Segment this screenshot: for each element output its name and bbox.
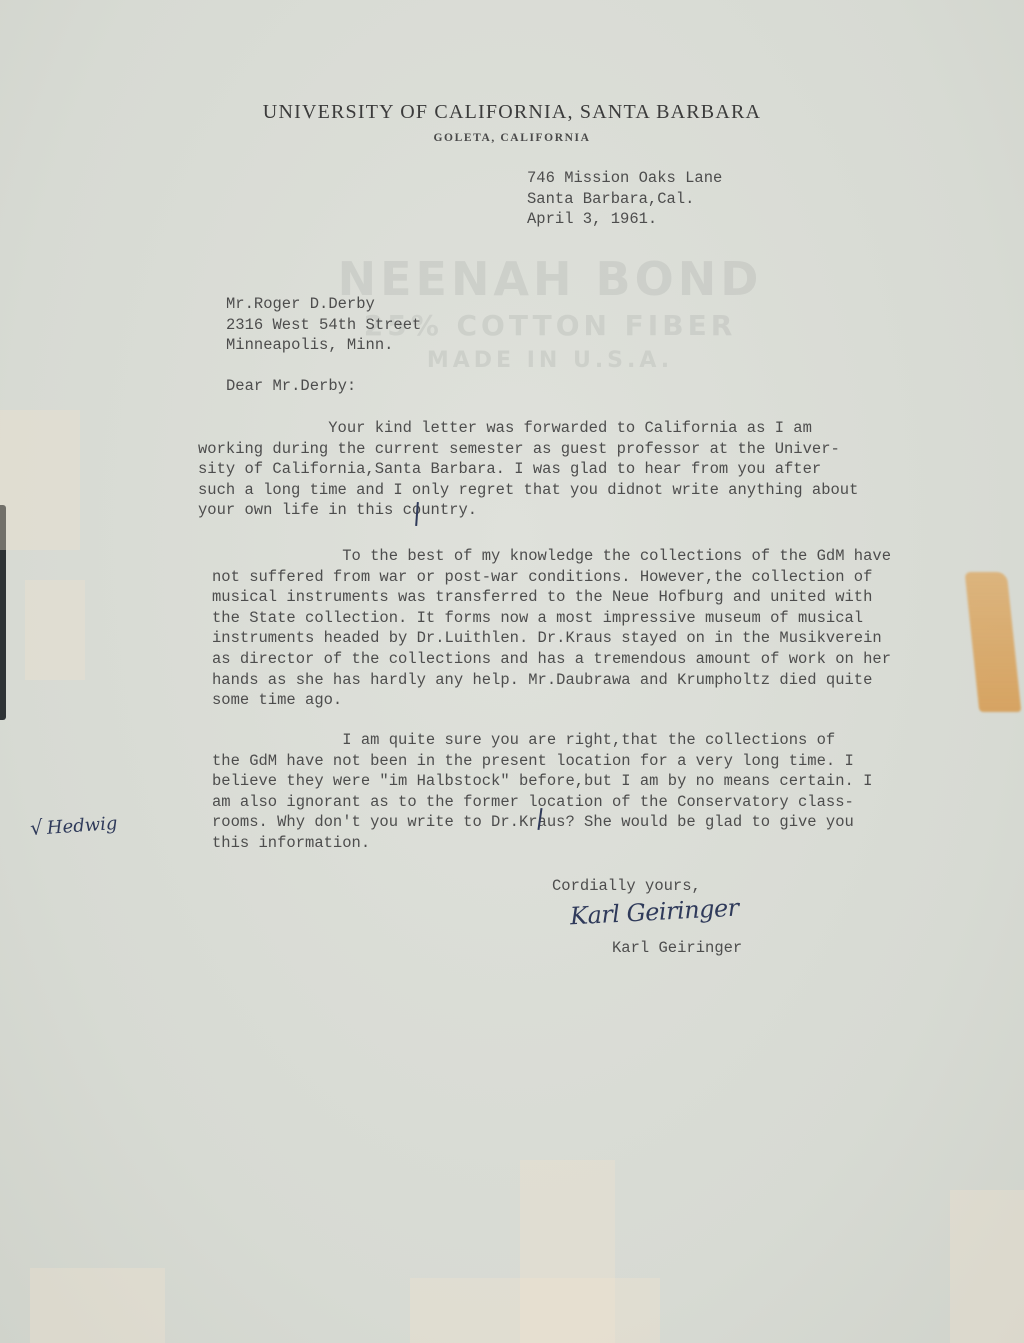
paragraph-line: the State collection. It forms now a mos… — [212, 608, 891, 629]
tape-mark — [410, 1278, 660, 1343]
body-paragraph-2: To the best of my knowledge the collecti… — [212, 546, 891, 711]
body-paragraph-3: I am quite sure you are right,that the c… — [212, 730, 872, 854]
tape-mark — [25, 580, 85, 680]
paragraph-line: To the best of my knowledge the collecti… — [212, 546, 891, 567]
paragraph-line: instruments headed by Dr.Luithlen. Dr.Kr… — [212, 628, 891, 649]
paragraph-line: such a long time and I only regret that … — [198, 480, 858, 501]
paragraph-line: hands as she has hardly any help. Mr.Dau… — [212, 670, 891, 691]
paragraph-line: I am quite sure you are right,that the c… — [212, 730, 872, 751]
recipient-name: Mr.Roger D.Derby — [226, 294, 421, 315]
letter-date: April 3, 1961. — [527, 209, 722, 230]
paragraph-line: as director of the collections and has a… — [212, 649, 891, 670]
check-mark-icon: √ — [29, 815, 43, 840]
return-city: Santa Barbara,Cal. — [527, 189, 722, 210]
letterhead: UNIVERSITY OF CALIFORNIA, SANTA BARBARA … — [0, 100, 1024, 144]
institution-location: GOLETA, CALIFORNIA — [0, 132, 1024, 144]
paragraph-line: musical instruments was transferred to t… — [212, 587, 891, 608]
paragraph-line: not suffered from war or post-war condit… — [212, 567, 891, 588]
tape-mark — [30, 1268, 165, 1343]
paragraph-line: Your kind letter was forwarded to Califo… — [198, 418, 858, 439]
typed-signature-name: Karl Geiringer — [612, 938, 742, 959]
paragraph-line: some time ago. — [212, 690, 891, 711]
paragraph-line: rooms. Why don't you write to Dr.Kraus? … — [212, 812, 872, 833]
return-address: 746 Mission Oaks LaneSanta Barbara,Cal.A… — [527, 168, 722, 230]
paragraph-line: this information. — [212, 833, 872, 854]
tape-mark — [0, 410, 80, 550]
paragraph-line: the GdM have not been in the present loc… — [212, 751, 872, 772]
return-street: 746 Mission Oaks Lane — [527, 168, 722, 189]
paragraph-line: believe they were "im Halbstock" before,… — [212, 771, 872, 792]
recipient-address: Mr.Roger D.Derby2316 West 54th StreetMin… — [226, 294, 421, 356]
paragraph-line: working during the current semester as g… — [198, 439, 858, 460]
paragraph-line: your own life in this country. — [198, 500, 858, 521]
closing: Cordially yours, — [552, 876, 701, 897]
salutation: Dear Mr.Derby: — [226, 376, 356, 397]
institution-name: UNIVERSITY OF CALIFORNIA, SANTA BARBARA — [0, 100, 1024, 124]
recipient-city: Minneapolis, Minn. — [226, 335, 421, 356]
recipient-street: 2316 West 54th Street — [226, 315, 421, 336]
paragraph-line: sity of California,Santa Barbara. I was … — [198, 459, 858, 480]
tape-mark — [950, 1190, 1024, 1343]
body-paragraph-1: Your kind letter was forwarded to Califo… — [198, 418, 858, 521]
